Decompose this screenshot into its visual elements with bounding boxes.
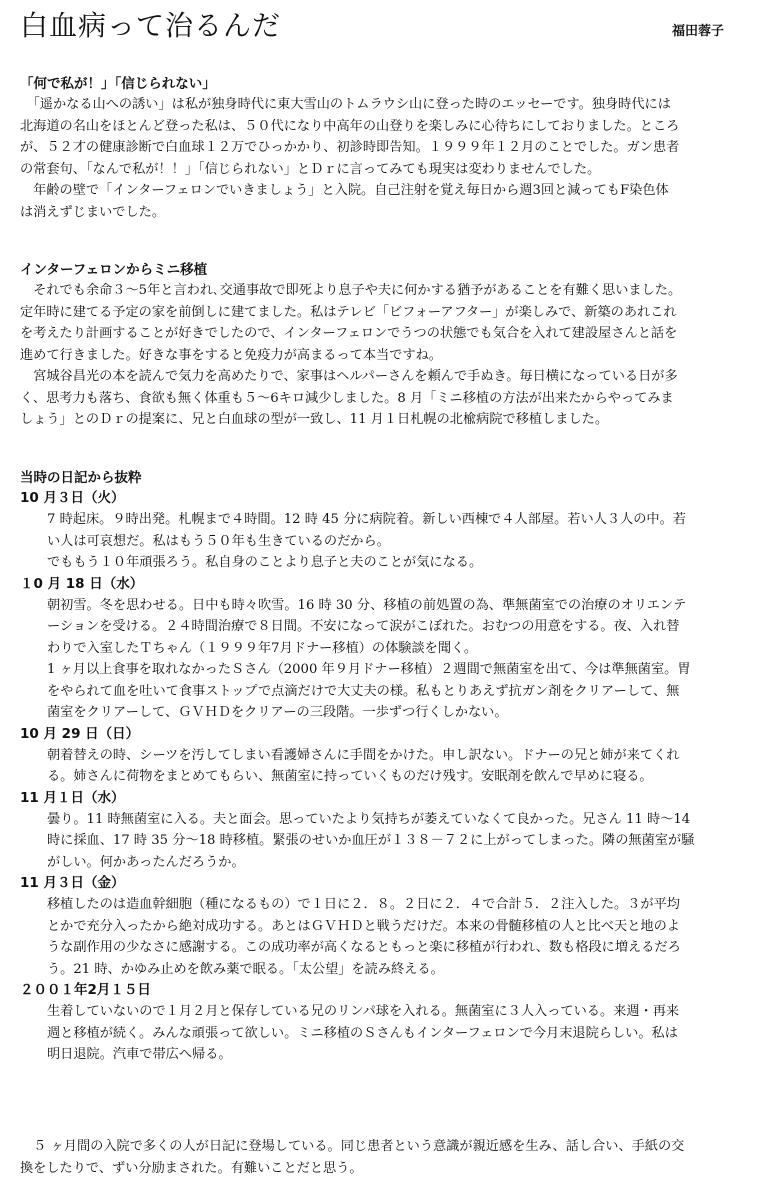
diary-line: 朝着替えの時、シーツを汚してしまい看護婦さんに手間をかけた。申し訳ない。ドナーの…: [20, 745, 760, 767]
diary-line: 移植したのは造血幹細胞（種になるもの）で１日に２．８。２日に２．４で合計５．２注…: [20, 894, 760, 916]
document-page: 白血病って治るんだ 福田蓉子 「何で私が！」「信じられない」 「遥かなる山への誘…: [0, 0, 770, 1200]
diary-entry: 11 月３日（金） 移植したのは造血幹細胞（種になるもの）で１日に２．８。２日に…: [20, 873, 760, 980]
diary-entry: ２００１年2月１５日 生着していないので１月２月と保存している兄のリンパ球を入れ…: [20, 980, 760, 1066]
diary-line: 曇り。11 時無菌室に入る。夫と面会。思っていたより気持ちが萎えていなくて良かっ…: [20, 809, 760, 831]
paragraph-line: は消えずじまいでした。: [20, 202, 760, 224]
diary-date: 10 月３日（火）: [20, 488, 760, 509]
diary-line: 朝初雪。冬を思わせる。日中も時々吹雪。16 時 30 分、移植の前処置の為、準無…: [20, 595, 760, 617]
paragraph-line: を考えたり計画することが好きでしたので、インターフェロンでうつの状態でも気合を入…: [20, 323, 760, 345]
paragraph-line: しょう」とのＤｒの提案に、兄と白血球の型が一致し、11 月１日札幌の北楡病院で移…: [20, 409, 760, 431]
diary-line: 生着していないので１月２月と保存している兄のリンパ球を入れる。無菌室に３人入って…: [20, 1001, 760, 1023]
paragraph-line: 北海道の名山をほとんど登った私は、５０代になり中高年の山登りを楽しみに心待ちにし…: [20, 116, 760, 138]
diary-entry: 11 月１日（水） 曇り。11 時無菌室に入る。夫と面会。思っていたより気持ちが…: [20, 788, 760, 874]
paragraph-line: の常套句、「なんで私が！！」「信じられない」とＤｒに言ってみても現実は変わりませ…: [20, 159, 760, 181]
diary-date: 10 月 29 日（日）: [20, 724, 760, 745]
diary-line: をやられて血を吐いて食事ストップで点滴だけで大丈夫の様。私もとりあえず抗ガン剤を…: [20, 681, 760, 703]
section-diary: 当時の日記から抜粋 10 月３日（火） 7 時起床。９時出発。札幌まで４時間。1…: [20, 468, 760, 1066]
diary-line: うな副作用の少なさに感謝する。この成功率が高くなるともっと楽に移植が行われ、数も…: [20, 937, 760, 959]
diary-line: う。21 時、かゆみ止めを飲み薬で眠る。「太公望」を読み終える。: [20, 959, 760, 981]
diary-entry: 10 月 29 日（日） 朝着替えの時、シーツを汚してしまい看護婦さんに手間をか…: [20, 724, 760, 788]
diary-date: １0 月 18 日（水）: [20, 574, 760, 595]
diary-date: ２００１年2月１５日: [20, 980, 760, 1001]
section-heading: インターフェロンからミニ移植: [20, 260, 760, 280]
diary-entry: １0 月 18 日（水） 朝初雪。冬を思わせる。日中も時々吹雪。16 時 30 …: [20, 574, 760, 724]
paragraph-line: それでも余命３～5年と言われ､交通事故で即死より息子や夫に何かする猶予があること…: [20, 280, 760, 302]
diary-line: ーションを受ける。２４時間治療で８日間。不安になって涙がこぼれた。おむつの用意を…: [20, 616, 760, 638]
section-heading: 当時の日記から抜粋: [20, 468, 760, 488]
diary-line: 1 ヶ月以上食事を取れなかったＳさん（2000 年９月ドナー移植）２週間で無菌室…: [20, 659, 760, 681]
diary-line: 菌室をクリアーして、ＧＶＨＤをクリアーの三段階。一歩ずつ行くしかない。: [20, 702, 760, 724]
diary-line: がしい。何かあったんだろうか。: [20, 852, 760, 874]
paragraph-line: 宮城谷昌光の本を読んで気力を高めたりで、家事はヘルパーさんを頼んで手ぬき。毎日横…: [20, 366, 760, 388]
diary-line: 7 時起床。９時出発。札幌まで４時間。12 時 45 分に病院着。新しい西棟で４…: [20, 509, 760, 531]
document-title: 白血病って治るんだ: [20, 6, 281, 46]
paragraph-line: ５ ヶ月間の入院で多くの人が日記に登場している。同じ患者という意識が親近感を生み…: [20, 1136, 760, 1158]
diary-line: でももう１０年頑張ろう。私自身のことより息子と夫のことが気になる。: [20, 552, 760, 574]
diary-line: わりで入室したＴちゃん（１９９９年7月ドナー移植）の体験談を聞く。: [20, 638, 760, 660]
author-name: 福田蓉子: [672, 22, 724, 42]
section-diagnosis: 「何で私が！」「信じられない」 「遥かなる山への誘い」は私が独身時代に東大雪山の…: [20, 74, 760, 223]
paragraph-line: 換をしたりで、ずい分励まされた。有難いことだと思う。: [20, 1158, 760, 1180]
diary-line: とかで充分入ったから絶対成功する。あとはＧＶＨＤと戦うだけだ。本来の骨髄移植の人…: [20, 916, 760, 938]
paragraph-line: く、思考力も落ち、食欲も無く体重も５～6キロ減少しました。8 月「ミニ移植の方法…: [20, 388, 760, 410]
diary-line: 時に採血、17 時 35 分～18 時移植。緊張のせいか血圧が１３８－７２に上が…: [20, 830, 760, 852]
diary-line: 週と移植が続く。みんな頑張って欲しい。ミニ移植のＳさんもインターフェロンで今月末…: [20, 1023, 760, 1045]
paragraph-line: が、５２才の健康診断で白血球１２万でひっかかり、初診時即告知。１９９９年１２月の…: [20, 137, 760, 159]
diary-date: 11 月１日（水）: [20, 788, 760, 809]
diary-line: い人は可哀想だ。私はもう５０年も生きているのだから。: [20, 531, 760, 553]
closing-paragraph: ５ ヶ月間の入院で多くの人が日記に登場している。同じ患者という意識が親近感を生み…: [20, 1136, 760, 1179]
diary-date: 11 月３日（金）: [20, 873, 760, 894]
paragraph-line: 年齢の壁で「インターフェロンでいきましょう」と入院。自己注射を覚え毎日から週3回…: [20, 180, 760, 202]
paragraph-line: 「遥かなる山への誘い」は私が独身時代に東大雪山のトムラウシ山に登った時のエッセー…: [20, 94, 760, 116]
section-heading: 「何で私が！」「信じられない」: [20, 74, 760, 94]
diary-entry: 10 月３日（火） 7 時起床。９時出発。札幌まで４時間。12 時 45 分に病…: [20, 488, 760, 574]
section-mini-transplant: インターフェロンからミニ移植 それでも余命３～5年と言われ､交通事故で即死より息…: [20, 260, 760, 431]
diary-line: 明日退院。汽車で帯広へ帰る。: [20, 1044, 760, 1066]
paragraph-line: 進めて行きました。好きな事をすると免疫力が高まるって本当ですね。: [20, 345, 760, 367]
diary-line: る。姉さんに荷物をまとめてもらい、無菌室に持っていくものだけ残す。安眠剤を飲んで…: [20, 766, 760, 788]
paragraph-line: 定年時に建てる予定の家を前倒しに建てました。私はテレビ「ビフォーアフター」が楽し…: [20, 302, 760, 324]
